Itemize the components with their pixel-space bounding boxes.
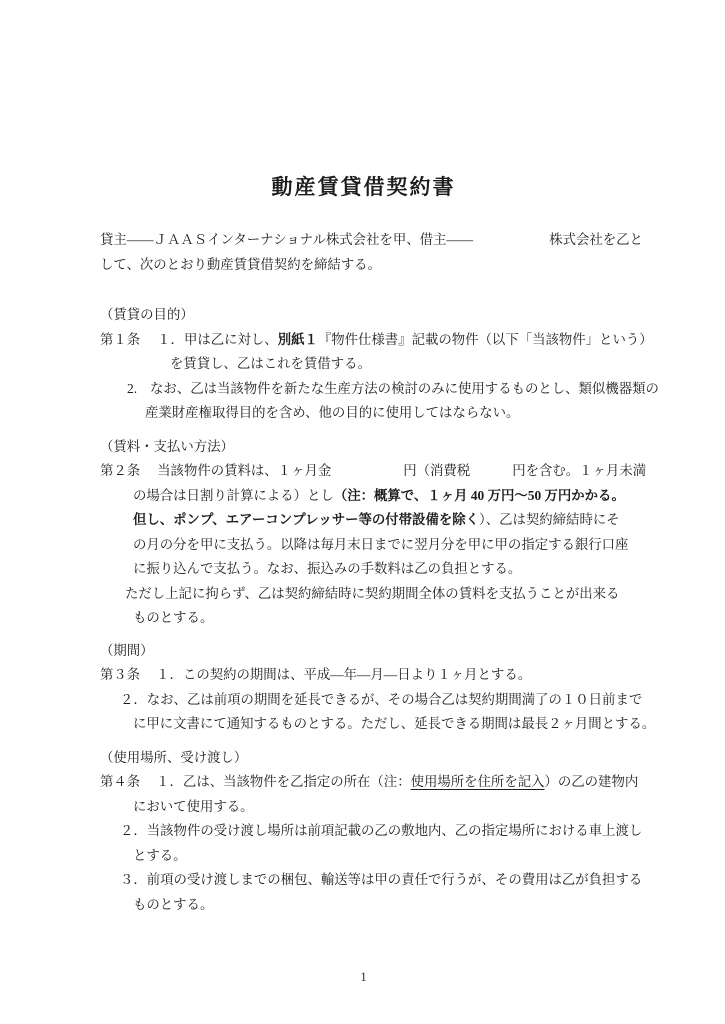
text-run: 貸主――ＪＡＡＳインターナショナル株式会社を甲、借主――: [100, 232, 473, 247]
text-run: ものとする。: [133, 610, 213, 625]
article-2-line-2: の場合は日割り計算による）とし（注：概算で、１ヶ月 40 万円～50 万円かかる…: [100, 484, 627, 509]
text-run: １．この契約の期間は、平成―年―月―日より１ヶ月とする。: [156, 667, 531, 682]
text-run: 第２条: [100, 463, 140, 478]
text-run: 第４条: [100, 774, 140, 789]
article-2-line-4: の月の分を甲に支払う。以降は毎月末日までに翌月分を甲に甲の指定する銀行口座: [100, 533, 627, 558]
text-run: の月の分を甲に支払う。以降は毎月末日までに翌月分を甲に甲の指定する銀行口座: [133, 537, 628, 552]
article-2-line-1: 第２条当該物件の賃料は、１ヶ月金円（消費税円を含む。１ヶ月未満: [100, 459, 627, 484]
text-run: ものとする。: [133, 897, 213, 912]
article-1-item-2-line-2: 産業財産権取得目的を含め、他の目的に使用してはならない。: [100, 401, 627, 426]
article-4-line-1: 第４条１．乙は、当該物件を乙指定の所在（注：使用場所を住所を記入）の乙の建物内: [100, 770, 627, 795]
text-run: （期間）: [100, 643, 154, 658]
text-run: 円を含む。１ヶ月未満: [512, 463, 646, 478]
text-run: 当該物件の賃料は、１ヶ月金: [157, 463, 331, 478]
text-run: 第１条: [100, 332, 140, 347]
text-run: １．甲は乙に対し、: [157, 332, 278, 347]
blank-fill-in-field: [473, 243, 549, 244]
text-run: 円（消費税: [403, 463, 470, 478]
text-run: に甲に文書にて通知するものとする。ただし、延長できる期間は最長２ヶ月間とする。: [133, 716, 655, 731]
text-run: に振り込んで支払う。なお、振込みの手数料は乙の負担とする。: [133, 561, 521, 576]
text-run: （賃貸の目的）: [100, 307, 194, 322]
label-gap: [140, 678, 156, 679]
intro-line-2: して、次のとおり動産賃貸借契約を締結する。: [100, 253, 627, 278]
article-1-item-2-line-1: 2.なお、乙は当該物件を新たな生産方法の検討のみに使用するものとし、類似機器類の: [100, 377, 627, 402]
text-run: を賃貸し、乙はこれを賃借する。: [170, 356, 371, 371]
article-3-item-2-line-2: に甲に文書にて通知するものとする。ただし、延長できる期間は最長２ヶ月間とする。: [100, 712, 627, 737]
text-run: とする。: [133, 848, 187, 863]
article-4-line-2: において使用する。: [100, 795, 627, 820]
text-run: （使用場所、受け渡し）: [100, 750, 247, 765]
article-1-line-2: を賃貸し、乙はこれを賃借する。: [100, 352, 627, 377]
article-2-line-7: ものとする。: [100, 606, 627, 631]
text-run: 株式会社を乙と: [549, 232, 643, 247]
text-run: 第３条: [100, 667, 140, 682]
text-run: （賃料・支払い方法）: [100, 439, 234, 454]
article-3-line-1: 第３条１．この契約の期間は、平成―年―月―日より１ヶ月とする。: [100, 663, 627, 688]
text-run: なお、乙は当該物件を新たな生産方法の検討のみに使用するものとし、類似機器類の: [150, 381, 659, 396]
article-2-line-3: 但し、ポンプ、エアーコンプレッサー等の付帯設備を除く）、乙は契約締結時にそ: [100, 508, 627, 533]
text-run: 2.: [127, 381, 137, 396]
intro-line-1: 貸主――ＪＡＡＳインターナショナル株式会社を甲、借主――株式会社を乙と: [100, 228, 627, 253]
text-run: ２．なお、乙は前項の期間を延長できるが、その場合乙は契約期間満了の１０日前まで: [120, 692, 642, 707]
label-gap: [140, 785, 156, 786]
text-run: して、次のとおり動産賃貸借契約を締結する。: [100, 257, 381, 272]
article-3-item-2-line-1: ２．なお、乙は前項の期間を延長できるが、その場合乙は契約期間満了の１０日前まで: [100, 688, 627, 713]
article-4-item-2-line-2: とする。: [100, 844, 627, 869]
article-1-line-1: 第１条１．甲は乙に対し、別紙１『物件仕様書』記載の物件（以下「当該物件」という）: [100, 328, 627, 353]
underlined-note-run: 使用場所を住所を記入: [411, 774, 545, 789]
text-run: 産業財産権取得目的を含め、他の目的に使用してはならない。: [145, 405, 519, 420]
text-run: において使用する。: [133, 799, 254, 814]
text-run: ）、乙は契約締結時にそ: [479, 512, 620, 527]
page-footer: 1: [100, 969, 627, 985]
bold-text-run: 別紙１: [278, 332, 318, 347]
section-header-rent-payment: （賃料・支払い方法）: [100, 435, 627, 460]
text-run: ）の乙の建物内: [545, 774, 639, 789]
text-run: の場合は日割り計算による）とし: [133, 488, 334, 503]
section-header-lease-purpose: （賃貸の目的）: [100, 303, 627, 328]
section-header-period: （期間）: [100, 639, 627, 664]
article-2-line-6: ただし上記に拘らず、乙は契約締結時に契約期間全体の賃料を支払うことが出来る: [100, 582, 627, 607]
blank-fill-in-field: [331, 474, 403, 475]
label-gap: [137, 392, 150, 393]
bold-text-run: 但し、ポンプ、エアーコンプレッサー等の付帯設備を除く: [133, 512, 479, 527]
text-run: １．乙は、当該物件を乙指定の所在（注：: [156, 774, 410, 789]
label-gap: [140, 474, 157, 475]
contract-page: 動産賃貸借契約書 貸主――ＪＡＡＳインターナショナル株式会社を甲、借主――株式会…: [0, 0, 725, 1024]
article-4-item-3-line-1: ３．前項の受け渡しまでの梱包、輸送等は甲の責任で行うが、その費用は乙が負担する: [100, 868, 627, 893]
text-run: ただし上記に拘らず、乙は契約締結時に契約期間全体の賃料を支払うことが出来る: [125, 586, 619, 601]
document-lines: 貸主――ＪＡＡＳインターナショナル株式会社を甲、借主――株式会社を乙として、次の…: [100, 228, 627, 917]
text-run: 『物件仕様書』記載の物件（以下「当該物件」という）: [318, 332, 653, 347]
text-run: ２．当該物件の受け渡し場所は前項記載の乙の敷地内、乙の指定場所における車上渡し: [120, 823, 642, 838]
blank-fill-in-field: [470, 474, 512, 475]
text-run: ３．前項の受け渡しまでの梱包、輸送等は甲の責任で行うが、その費用は乙が負担する: [120, 872, 642, 887]
article-2-line-5: に振り込んで支払う。なお、振込みの手数料は乙の負担とする。: [100, 557, 627, 582]
document-title: 動産賃貸借契約書: [100, 172, 627, 202]
article-4-item-2-line-1: ２．当該物件の受け渡し場所は前項記載の乙の敷地内、乙の指定場所における車上渡し: [100, 819, 627, 844]
page-number: 1: [360, 969, 367, 984]
section-header-place-of-use-delivery: （使用場所、受け渡し）: [100, 746, 627, 771]
bold-text-run: （注：概算で、１ヶ月 40 万円～50 万円かかる。: [334, 488, 625, 503]
label-gap: [140, 343, 157, 344]
article-4-item-3-line-2: ものとする。: [100, 893, 627, 918]
